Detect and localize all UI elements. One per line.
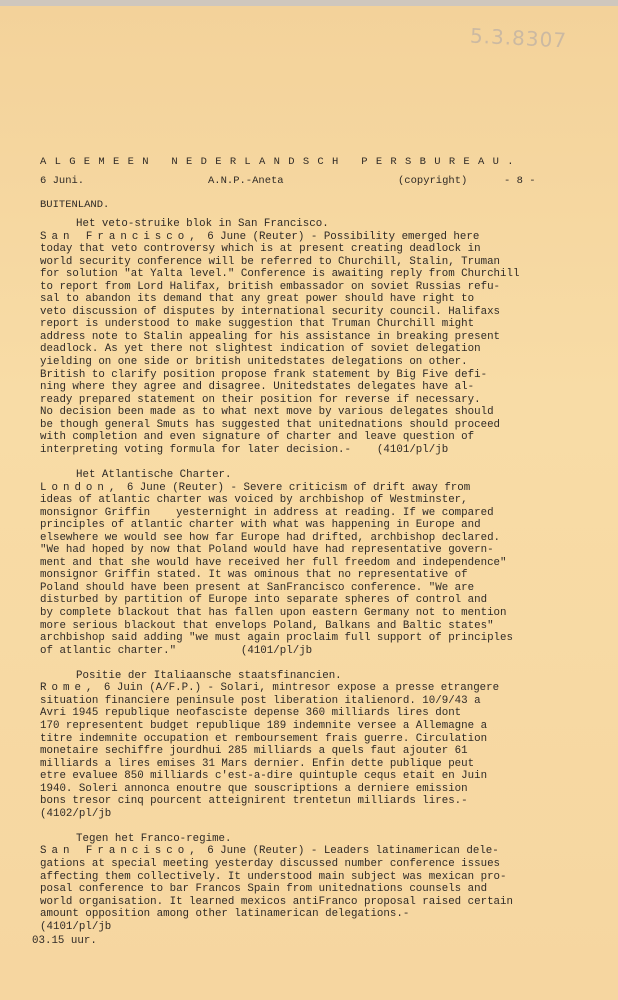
document-body: Het veto-struike blok in San Francisco.S… xyxy=(40,218,610,946)
dateline-text: 6 June (Reuter) - Leaders latinamerican … xyxy=(201,845,499,857)
article-line: "We had hoped by now that Poland would h… xyxy=(40,544,610,557)
article-line: with completion and even signature of ch… xyxy=(40,431,610,444)
article-line: monsignor Griffin stated. It was ominous… xyxy=(40,569,610,582)
agency-label: A.N.P.-Aneta xyxy=(208,175,284,187)
article-line: gations at special meeting yesterday dis… xyxy=(40,858,610,871)
article-line: be though general Smuts has suggested th… xyxy=(40,419,610,432)
dateline-city: London, xyxy=(40,482,120,494)
article-line: (4101/pl/jb xyxy=(40,921,610,934)
article-line: 1940. Soleri annonca enoutre que souscri… xyxy=(40,783,610,796)
dateline-city: San Francisco, xyxy=(40,845,201,857)
article-dateline: San Francisco, 6 June (Reuter) - Leaders… xyxy=(40,845,610,858)
article-line: etre evaluee 850 milliards c'est-a-dire … xyxy=(40,770,610,783)
masthead: ALGEMEEN NEDERLANDSCH PERSBUREAU. xyxy=(40,156,522,168)
article-line: for solution "at Yalta level." Conferenc… xyxy=(40,268,610,281)
article-line: titre indemnite occupation et remboursem… xyxy=(40,733,610,746)
article-line: yielding on one side or british unitedst… xyxy=(40,356,610,369)
article-line: No decision been made as to what next mo… xyxy=(40,406,610,419)
article-line: to report from Lord Halifax, british emb… xyxy=(40,281,610,294)
article-line: of atlantic charter." (4101/pl/jb xyxy=(40,645,610,658)
article-line: milliards a lires emises 31 Mars dernier… xyxy=(40,758,610,771)
article-dateline: San Francisco, 6 June (Reuter) - Possibi… xyxy=(40,231,610,244)
article-line: deadlock. As yet there not slightest ind… xyxy=(40,343,610,356)
article-line: sal to abandon its demand that any great… xyxy=(40,293,610,306)
article-line: ning where they agree and disagree. Unit… xyxy=(40,381,610,394)
article-line: (4102/pl/jb xyxy=(40,808,610,821)
copyright-label: (copyright) xyxy=(398,175,467,187)
article-line: interpreting voting formula for later de… xyxy=(40,444,610,457)
scan-top-edge xyxy=(0,0,618,6)
article-line: world security conference will be referr… xyxy=(40,256,610,269)
article-line: affecting them collectively. It understo… xyxy=(40,871,610,884)
article-line: today that veto controversy which is at … xyxy=(40,243,610,256)
article-line: elsewhere we would see how far Europe ha… xyxy=(40,532,610,545)
news-article: Positie der Italiaansche staatsfinancien… xyxy=(40,670,610,821)
article-line: world organisation. It learned mexicos a… xyxy=(40,896,610,909)
article-headline: Tegen het Franco-regime. xyxy=(40,833,610,846)
article-headline: Positie der Italiaansche staatsfinancien… xyxy=(40,670,610,683)
article-line: situation financiere peninsule post libe… xyxy=(40,695,610,708)
article-dateline: Rome, 6 Juin (A/F.P.) - Solari, mintreso… xyxy=(40,682,610,695)
dateline-text: 6 June (Reuter) - Severe criticism of dr… xyxy=(120,482,470,494)
article-line: ment and that she would have received he… xyxy=(40,557,610,570)
news-article: Tegen het Franco-regime.San Francisco, 6… xyxy=(40,833,610,933)
article-line: more serious blackout that envelops Pola… xyxy=(40,620,610,633)
article-line: posal conference to bar Francos Spain fr… xyxy=(40,883,610,896)
article-line: Avri 1945 republique neofasciste depense… xyxy=(40,707,610,720)
dateline-text: 6 Juin (A/F.P.) - Solari, mintresor expo… xyxy=(97,682,499,694)
section-title: BUITENLAND. xyxy=(40,199,109,211)
news-article: Het veto-struike blok in San Francisco.S… xyxy=(40,218,610,456)
document-date: 6 Juni. xyxy=(40,175,84,187)
dateline-city: San Francisco, xyxy=(40,231,201,243)
article-line: 170 representent budget republique 189 i… xyxy=(40,720,610,733)
article-line: disturbed by partition of Europe into se… xyxy=(40,594,610,607)
article-line: address note to Stalin appealing for his… xyxy=(40,331,610,344)
article-line: monetaire sechiffre jourdhui 285 milliar… xyxy=(40,745,610,758)
article-line: veto discussion of disputes by internati… xyxy=(40,306,610,319)
article-line: archbishop said adding "we must again pr… xyxy=(40,632,610,645)
article-line: amount opposition among other latinameri… xyxy=(40,908,610,921)
news-article: Het Atlantische Charter.London, 6 June (… xyxy=(40,469,610,657)
article-line: monsignor Griffin yesternight in address… xyxy=(40,507,610,520)
article-dateline: London, 6 June (Reuter) - Severe critici… xyxy=(40,482,610,495)
dateline-text: 6 June (Reuter) - Possibility emerged he… xyxy=(201,231,480,243)
article-line: by complete blackout that has fallen upo… xyxy=(40,607,610,620)
archive-number: 5.3.8307 xyxy=(469,23,567,52)
article-line: bons tresor cinq pourcent atteignirent t… xyxy=(40,795,610,808)
article-line: British to clarify position propose fran… xyxy=(40,369,610,382)
page-number: - 8 - xyxy=(504,175,536,187)
footer-time: 03.15 uur. xyxy=(32,935,97,947)
article-line: principles of atlantic charter with what… xyxy=(40,519,610,532)
article-line: report is understood to make suggestion … xyxy=(40,318,610,331)
dateline-city: Rome, xyxy=(40,682,97,694)
article-headline: Het Atlantische Charter. xyxy=(40,469,610,482)
article-headline: Het veto-struike blok in San Francisco. xyxy=(40,218,610,231)
article-line: ready prepared statement on their positi… xyxy=(40,394,610,407)
article-line: ideas of atlantic charter was voiced by … xyxy=(40,494,610,507)
article-line: Poland should have been present at SanFr… xyxy=(40,582,610,595)
